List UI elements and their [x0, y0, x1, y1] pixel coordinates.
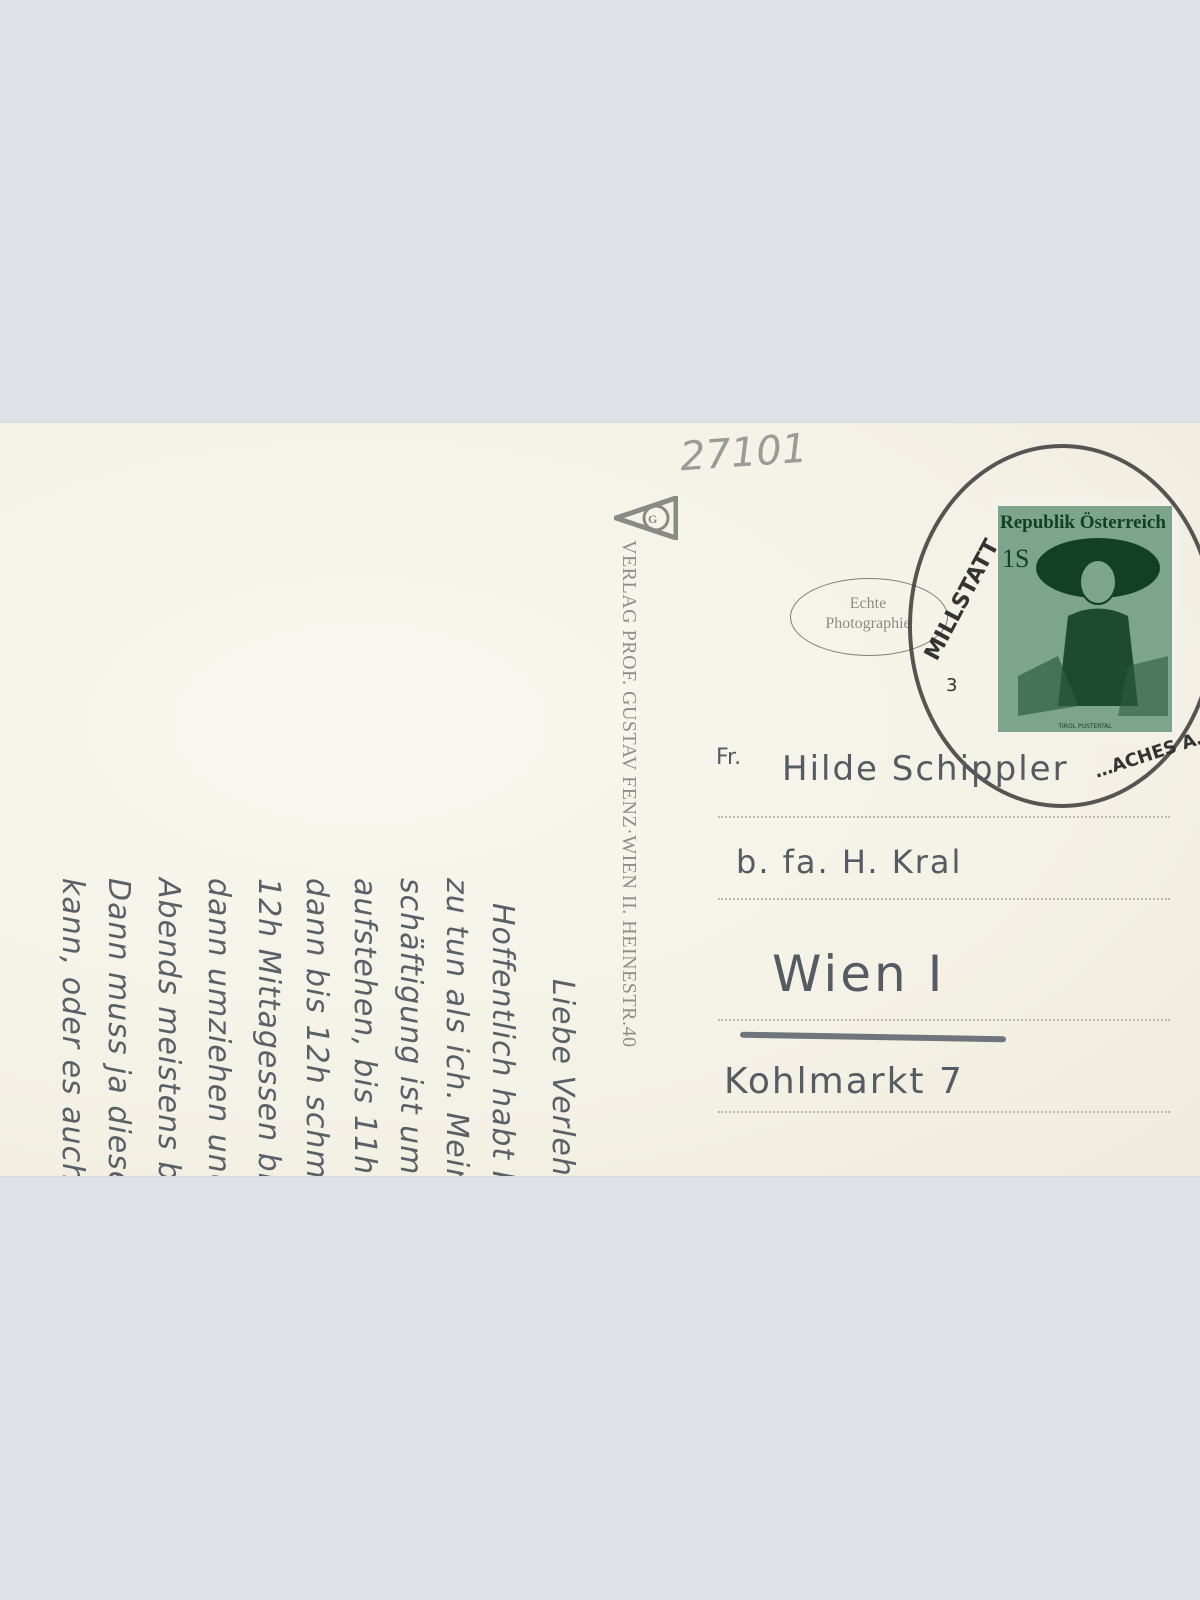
message-salutation: Liebe Verlehring!: [545, 979, 580, 1176]
address-rule: [718, 1019, 1170, 1021]
address-rule: [718, 898, 1170, 900]
message-line: zu tun als ich. Meine Be-: [439, 878, 474, 1176]
message-line: Abends meistens bis 12h DRAHN: [151, 878, 186, 1176]
address-street: Kohlmarkt 7: [724, 1061, 964, 1102]
address-prefix: Fr.: [716, 745, 741, 770]
address-name: Hilde Schippler: [782, 749, 1069, 789]
address-rule: [718, 816, 1170, 818]
message-line: 12h Mittagessen bis 3h schlafen: [251, 878, 286, 1176]
address-care-of: b. fa. H. Kral: [736, 843, 962, 881]
message-line: kann, oder es auch immer noch ist.: [55, 878, 90, 1176]
archive-number: 27101: [679, 426, 809, 481]
postcard-back: Liebe Verlehring! Hoffentlich habt Ihr m…: [0, 423, 1200, 1176]
publisher-logo-icon: G: [614, 496, 678, 540]
svg-text:G: G: [648, 512, 657, 526]
message-line: schäftigung ist um 10h: [393, 878, 428, 1176]
message-line: Hoffentlich habt Ihr mehr: [485, 903, 520, 1176]
publisher-imprint: VERLAG PROF. GUSTAV FENZ·WIEN II. HEINES…: [617, 540, 640, 1047]
address-rule: [718, 1111, 1170, 1113]
message-line: dann umziehen und 7h essen: [201, 878, 236, 1176]
message-line: aufstehen, bis 11h frühstücken: [347, 878, 382, 1176]
city-underline: [740, 1032, 1006, 1043]
message-line: Dann muss ja diesen Ausgleich: [101, 878, 136, 1176]
address-city: Wien I: [772, 945, 945, 1003]
postmark-side-text: 3: [946, 675, 957, 696]
message-line: dann bis 12h schmökern: [299, 878, 334, 1176]
